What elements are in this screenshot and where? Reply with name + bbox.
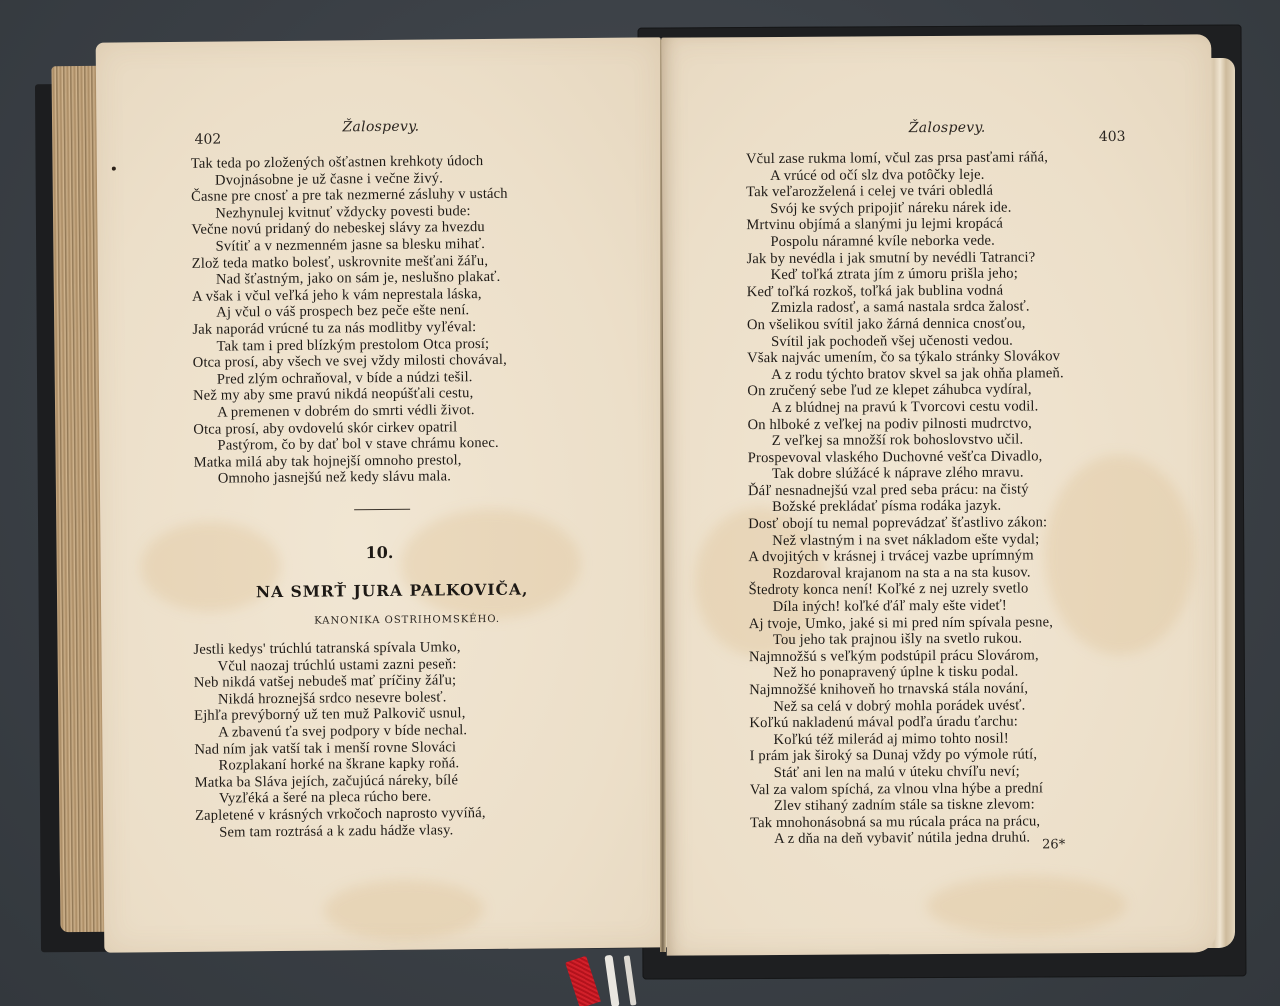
section-divider-rule [354,509,410,511]
verse-line: On zručený sebe ľud ze klepet záhubca vy… [747,382,1064,401]
foxing-stain [1044,454,1195,655]
verse-line: On všelikou svítil jako žárná dennica cn… [747,315,1064,334]
verse-block-continuation: Včul zase rukma lomí, včul zas prsa pasť… [746,149,1067,848]
running-head: Žalospevy. [909,120,986,136]
verse-line: Koľkú nakladenú mával podľa úradu ťarchu… [749,713,1066,732]
foxing-stain [926,875,1126,936]
verse-line: Svój ke svých pripojiť náreku nárek ide. [746,199,1063,218]
page-403: Žalospevy. 403 Včul zase rukma lomí, vču… [661,34,1217,955]
verse-line: A premenen v dobrém do smrti védli život… [193,402,510,422]
verse-line: Ďáľ nesnadnejšú vzal pred seba prácu: na… [748,481,1065,500]
verse-line: Svítil jak pochodeň všej učenosti vedou. [747,332,1064,351]
verse-line: Tak veľarozželená i celej ve tvári obled… [746,182,1063,201]
verse-line: A dvojitých v krásnej i trvácej vazbe up… [748,547,1065,566]
verse-block-poem-10: Jestli kedys' trúchlú tatranská spívala … [193,639,485,841]
page-number: 403 [1099,129,1126,145]
verse-line: Tak teda po zložených ošťastnen krehkoty… [191,153,508,173]
verse-line: Sem tam roztrásá a k zadu hádže vlasy. [195,822,486,841]
poem-title: NA SMRŤ JURA PALKOVIČA, [256,580,529,602]
verse-line: Z veľkej sa množší rok bohoslovstvo učil… [748,431,1065,450]
verse-line: Prospevoval vlaského Duchovné vešťca Div… [748,448,1065,467]
verse-line: On hlboké z veľkej na podiv pilnosti mud… [748,415,1065,434]
verse-line: Včul zase rukma lomí, včul zas prsa pasť… [746,149,1063,168]
verse-line: A z rodu týchto bratov skvel sa jak ohňa… [747,365,1064,384]
verse-block-continuation: Tak teda po zložených ošťastnen krehkoty… [191,153,511,488]
verse-line: Tak dobre slúžácé k náprave zlého mravu. [748,465,1065,484]
page-mark-dot [112,167,116,171]
verse-line: I prám jak široký sa Dunaj vždy po výmol… [750,747,1067,766]
red-bookmark-ribbon[interactable] [565,956,601,1006]
verse-line: Keď toľká ztrata jím z úmoru prišla jeho… [747,265,1064,284]
verse-line: Val za valom spíchá, za vlnou vlna hýbe … [750,780,1067,799]
page-number: 402 [195,132,222,148]
verse-line: Omnoho jasnejšú než kedy slávu mala. [194,468,511,488]
foxing-stain [324,879,485,941]
verse-line: Dosť obojí tu nemal poprevádzať šťastliv… [748,514,1065,533]
verse-line: Tou jeho tak prajnou išly na svetlo ruko… [749,630,1066,649]
verse-line: Jak by nevédla i jak smutní by nevédli T… [747,249,1064,268]
verse-line: Než vlastným i na svet nákladom ešte vyd… [748,531,1065,550]
foxing-stain [400,508,581,620]
verse-line: Zmizla radosť, a samá nastala srdca žalo… [747,299,1064,318]
verse-line: Aj tvoje, Umko, jaké si mi pred ním spív… [749,614,1066,633]
verse-line: Však najvác umením, čo sa týkalo stránky… [747,348,1064,367]
printer-signature-mark: 26* [1042,837,1065,852]
poem-number: 10. [365,543,393,562]
verse-line: Díla iných! koľké ďáľ maly ešte videť! [749,597,1066,616]
verse-line: Než sa celá v dobrý mohla porádek uvésť. [749,697,1066,716]
verse-line: Než ho ponapravený úplne k tisku podal. [749,664,1066,683]
verse-line: Pastýrom, čo by dať bol v stave chrámu k… [193,435,510,455]
page-402: 402 Žalospevy. Tak teda po zložených ošť… [96,37,670,952]
verse-line: Keď toľká rozkoš, toľká jak bublina vodn… [747,282,1064,301]
verse-line: Matka ba Sláva jejích, začujúcá náreky, … [195,772,486,791]
white-bookmark-ribbon[interactable] [604,955,619,1006]
verse-line: Najmnožšú s veľkým podstúpil prácu Slová… [749,647,1066,666]
verse-line: Mrtvinu objímá a slanými ju lejmi kropác… [746,216,1063,235]
verse-line: A z blúdnej na pravú k Tvorcovi cestu vo… [747,398,1064,417]
verse-line: Stáť ani len na malú v úteku chvíľu neví… [750,763,1067,782]
verse-line: Pospolu náramné kvíle neborka vede. [746,232,1063,251]
verse-line: Najmnožšé knihoveň ho trnavská stála nov… [749,680,1066,699]
verse-line: Koľkú též milerád aj mimo tohto nosil! [749,730,1066,749]
verse-line: Zlev stihaný zadním stále sa tiskne zlev… [750,796,1067,815]
verse-line: Božské prekládať písma rodáka jazyk. [748,498,1065,517]
verse-line: A z dňa na deň vybaviť nútila jedna druh… [750,830,1067,849]
verse-line: Tak mnohonásobná sa mu rúcala práca na p… [750,813,1067,832]
verse-line: Štedroty konca není! Koľké z nej uzrely … [749,581,1066,600]
verse-line: A vrúcé od očí slz dva potôčky leje. [746,166,1063,185]
running-head: Žalospevy. [342,119,419,136]
poem-subtitle: KANONIKA OSTRIHOMSKÉHO. [314,614,500,627]
